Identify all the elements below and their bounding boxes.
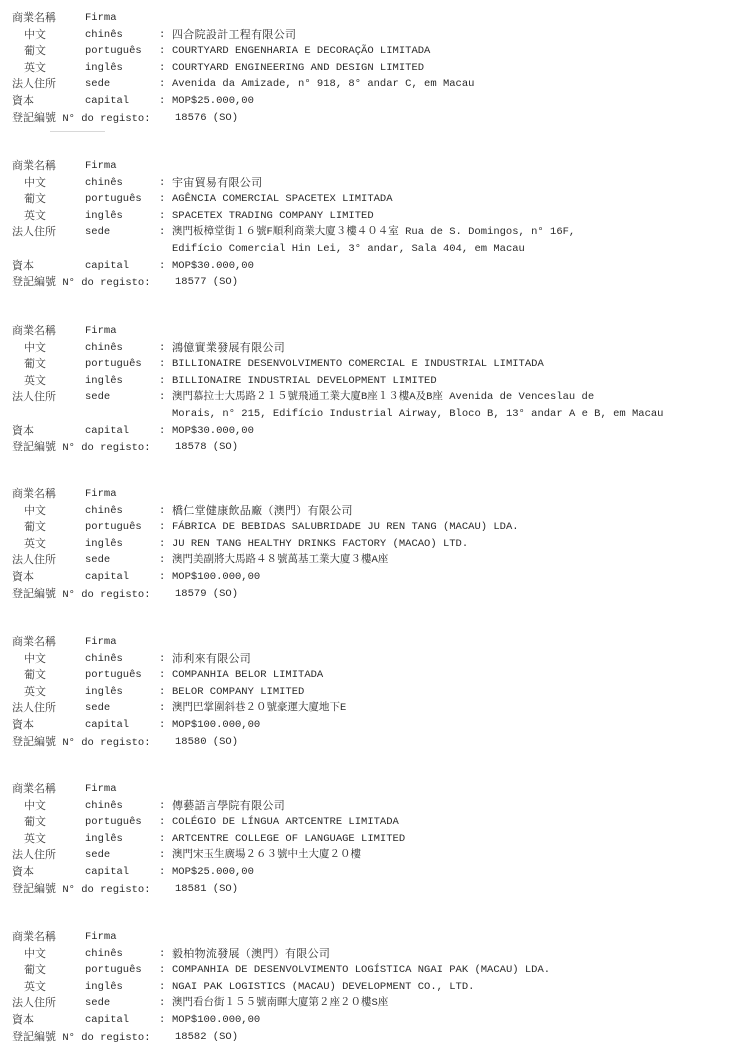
- colon: :: [159, 175, 165, 192]
- chinese-name-value: 傳藝語言學院有限公司: [172, 798, 285, 816]
- capital-label-zh: 資本: [12, 93, 34, 110]
- chinese-name-value: 宇宙貿易有限公司: [172, 175, 262, 193]
- capital-value: MOP$25.000,00: [172, 93, 254, 110]
- english-name-row: 英文 inglês : COURTYARD ENGINEERING AND DE…: [0, 60, 732, 77]
- colon: :: [159, 1012, 165, 1029]
- sede-block: 法人住所sede:澳門看台街１５５號南暉大廈第２座２０樓S座: [0, 995, 732, 1012]
- chinese-name-row: 中文 chinês : 四合院設計工程有限公司: [0, 27, 732, 44]
- registo-number: 18578 (SO): [175, 439, 238, 456]
- portuguese-name-row: 葡文 português : COLÉGIO DE LÍNGUA ARTCENT…: [0, 814, 732, 831]
- capital-label-pt: capital: [85, 569, 129, 586]
- registo-number: 18579 (SO): [175, 586, 238, 603]
- firma-header-row: 商業名稱 Firma: [0, 10, 732, 27]
- capital-label-zh: 資本: [12, 569, 34, 586]
- firma-label-zh: 商業名稱: [12, 781, 56, 798]
- registo-label: 登記編號 N° do registo:: [12, 734, 151, 752]
- capital-value: MOP$30.000,00: [172, 423, 254, 440]
- registo-label: 登記編號 N° do registo:: [12, 1029, 151, 1043]
- sede-block: 法人住所sede:澳門慕拉士大馬路２１５號飛通工業大廈B座１３樓A及B座 Ave…: [0, 389, 732, 422]
- english-name-value: BELOR COMPANY LIMITED: [172, 684, 304, 701]
- portuguese-label-pt: português: [85, 814, 142, 831]
- capital-row: 資本 capital : MOP$25.000,00: [0, 864, 732, 881]
- english-label-pt: inglês: [85, 536, 123, 553]
- company-entry: 商業名稱 Firma 中文 chinês : 宇宙貿易有限公司 葡文 portu…: [0, 158, 732, 291]
- colon: :: [159, 258, 165, 275]
- firma-label-pt: Firma: [85, 929, 117, 946]
- chinese-label-pt: chinês: [85, 340, 123, 357]
- english-label-zh: 英文: [24, 684, 46, 701]
- capital-row: 資本 capital : MOP$30.000,00: [0, 258, 732, 275]
- sede-label-pt: sede: [85, 224, 110, 241]
- sede-row: 法人住所sede:澳門慕拉士大馬路２１５號飛通工業大廈B座１３樓A及B座 Ave…: [0, 389, 732, 406]
- chinese-label-zh: 中文: [24, 503, 46, 520]
- chinese-name-value: 沛利來有限公司: [172, 651, 251, 669]
- capital-label-pt: capital: [85, 864, 129, 881]
- firma-header-row: 商業名稱 Firma: [0, 929, 732, 946]
- capital-label-zh: 資本: [12, 258, 34, 275]
- sede-label-zh: 法人住所: [12, 224, 56, 241]
- english-label-pt: inglês: [85, 684, 123, 701]
- colon: :: [159, 224, 165, 241]
- sede-label-pt: sede: [85, 847, 110, 864]
- sede-label-zh: 法人住所: [12, 76, 56, 93]
- registo-number: 18580 (SO): [175, 734, 238, 751]
- english-label-zh: 英文: [24, 60, 46, 77]
- english-name-row: 英文 inglês : BELOR COMPANY LIMITED: [0, 684, 732, 701]
- capital-label-pt: capital: [85, 717, 129, 734]
- colon: :: [159, 536, 165, 553]
- capital-value: MOP$25.000,00: [172, 864, 254, 881]
- colon: :: [159, 76, 165, 93]
- company-entry: 商業名稱 Firma 中文 chinês : 沛利來有限公司 葡文 portug…: [0, 634, 732, 750]
- sede-label-zh: 法人住所: [12, 389, 56, 406]
- sede-row: 法人住所sede:澳門美副將大馬路４８號萬基工業大廈３樓A座: [0, 552, 732, 569]
- sede-continuation-row: Morais, n° 215, Edifício Industrial Airw…: [0, 406, 732, 423]
- colon: :: [159, 979, 165, 996]
- chinese-name-row: 中文 chinês : 宇宙貿易有限公司: [0, 175, 732, 192]
- firma-header-row: 商業名稱 Firma: [0, 158, 732, 175]
- colon: :: [159, 503, 165, 520]
- capital-value: MOP$100.000,00: [172, 717, 260, 734]
- colon: :: [159, 667, 165, 684]
- firma-label-zh: 商業名稱: [12, 486, 56, 503]
- portuguese-label-pt: português: [85, 356, 142, 373]
- sede-block: 法人住所sede:澳門美副將大馬路４８號萬基工業大廈３樓A座: [0, 552, 732, 569]
- company-entry: 商業名稱 Firma 中文 chinês : 四合院設計工程有限公司 葡文 po…: [0, 10, 732, 126]
- capital-label-zh: 資本: [12, 1012, 34, 1029]
- company-entry: 商業名稱 Firma 中文 chinês : 毅柏物流發展（澳門）有限公司 葡文…: [0, 929, 732, 1043]
- colon: :: [159, 340, 165, 357]
- colon: :: [159, 569, 165, 586]
- sede-label-zh: 法人住所: [12, 847, 56, 864]
- chinese-name-value: 毅柏物流發展（澳門）有限公司: [172, 946, 330, 964]
- sede-label-pt: sede: [85, 995, 110, 1012]
- sede-value: Avenida da Amizade, n° 918, 8° andar C, …: [172, 76, 474, 93]
- colon: :: [159, 700, 165, 717]
- english-label-zh: 英文: [24, 536, 46, 553]
- colon: :: [159, 717, 165, 734]
- registo-number: 18577 (SO): [175, 274, 238, 291]
- colon: :: [159, 962, 165, 979]
- chinese-label-pt: chinês: [85, 946, 123, 963]
- sede-value: 澳門看台街１５５號南暉大廈第２座２０樓S座: [172, 995, 388, 1012]
- colon: :: [159, 356, 165, 373]
- registo-row: 登記編號 N° do registo: 18578 (SO): [0, 439, 732, 456]
- capital-value: MOP$100.000,00: [172, 569, 260, 586]
- firma-header-row: 商業名稱 Firma: [0, 486, 732, 503]
- english-name-row: 英文 inglês : SPACETEX TRADING COMPANY LIM…: [0, 208, 732, 225]
- chinese-label-pt: chinês: [85, 175, 123, 192]
- capital-row: 資本 capital : MOP$25.000,00: [0, 93, 732, 110]
- colon: :: [159, 798, 165, 815]
- registo-label: 登記編號 N° do registo:: [12, 881, 151, 899]
- portuguese-name-value: COMPANHIA BELOR LIMITADA: [172, 667, 323, 684]
- portuguese-name-value: COURTYARD ENGENHARIA E DECORAÇÃO LIMITAD…: [172, 43, 430, 60]
- english-name-row: 英文 inglês : NGAI PAK LOGISTICS (MACAU) D…: [0, 979, 732, 996]
- sede-label-zh: 法人住所: [12, 700, 56, 717]
- portuguese-name-value: COLÉGIO DE LÍNGUA ARTCENTRE LIMITADA: [172, 814, 399, 831]
- portuguese-name-row: 葡文 português : BILLIONAIRE DESENVOLVIMEN…: [0, 356, 732, 373]
- sede-label-pt: sede: [85, 700, 110, 717]
- chinese-label-pt: chinês: [85, 798, 123, 815]
- colon: :: [159, 43, 165, 60]
- firma-label-pt: Firma: [85, 634, 117, 651]
- sede-value: 澳門宋玉生廣場２６３號中土大廈２０樓: [172, 847, 361, 864]
- sede-block: 法人住所sede:Avenida da Amizade, n° 918, 8° …: [0, 76, 732, 93]
- sede-value: 澳門美副將大馬路４８號萬基工業大廈３樓A座: [172, 552, 388, 569]
- chinese-label-zh: 中文: [24, 27, 46, 44]
- english-name-value: COURTYARD ENGINEERING AND DESIGN LIMITED: [172, 60, 424, 77]
- sede-label-pt: sede: [85, 389, 110, 406]
- colon: :: [159, 995, 165, 1012]
- portuguese-label-zh: 葡文: [24, 814, 46, 831]
- colon: :: [159, 814, 165, 831]
- portuguese-label-pt: português: [85, 43, 142, 60]
- company-entry: 商業名稱 Firma 中文 chinês : 橋仁堂健康飲品廠（澳門）有限公司 …: [0, 486, 732, 602]
- chinese-name-value: 橋仁堂健康飲品廠（澳門）有限公司: [172, 503, 353, 521]
- firma-label-pt: Firma: [85, 486, 117, 503]
- registo-row: 登記編號 N° do registo: 18576 (SO): [0, 110, 732, 127]
- chinese-label-zh: 中文: [24, 175, 46, 192]
- colon: :: [159, 208, 165, 225]
- capital-value: MOP$30.000,00: [172, 258, 254, 275]
- chinese-label-pt: chinês: [85, 503, 123, 520]
- portuguese-label-pt: português: [85, 519, 142, 536]
- company-entry: 商業名稱 Firma 中文 chinês : 傳藝語言學院有限公司 葡文 por…: [0, 781, 732, 897]
- sede-value-continued: Edifício Comercial Hin Lei, 3° andar, Sa…: [172, 241, 525, 258]
- sede-block: 法人住所sede:澳門巴掌圍斜巷２０號豪運大廈地下E: [0, 700, 732, 717]
- capital-label-pt: capital: [85, 258, 129, 275]
- registo-row: 登記編號 N° do registo: 18582 (SO): [0, 1029, 732, 1043]
- english-name-row: 英文 inglês : JU REN TANG HEALTHY DRINKS F…: [0, 536, 732, 553]
- portuguese-name-value: AGÊNCIA COMERCIAL SPACETEX LIMITADA: [172, 191, 393, 208]
- sede-continuation-row: Edifício Comercial Hin Lei, 3° andar, Sa…: [0, 241, 732, 258]
- sede-value: 澳門板樟堂街１６號F順利商業大廈３樓４０４室 Rua de S. Domingo…: [172, 224, 575, 241]
- portuguese-name-row: 葡文 português : AGÊNCIA COMERCIAL SPACETE…: [0, 191, 732, 208]
- firma-label-zh: 商業名稱: [12, 634, 56, 651]
- sede-value: 澳門慕拉士大馬路２１５號飛通工業大廈B座１３樓A及B座 Avenida de V…: [172, 389, 594, 406]
- sede-block: 法人住所sede:澳門宋玉生廣場２６３號中土大廈２０樓: [0, 847, 732, 864]
- firma-label-pt: Firma: [85, 323, 117, 340]
- english-label-pt: inglês: [85, 208, 123, 225]
- colon: :: [159, 93, 165, 110]
- english-name-value: NGAI PAK LOGISTICS (MACAU) DEVELOPMENT C…: [172, 979, 474, 996]
- capital-row: 資本 capital : MOP$100.000,00: [0, 569, 732, 586]
- capital-label-zh: 資本: [12, 864, 34, 881]
- portuguese-name-row: 葡文 português : FÁBRICA DE BEBIDAS SALUBR…: [0, 519, 732, 536]
- colon: :: [159, 423, 165, 440]
- capital-row: 資本 capital : MOP$100.000,00: [0, 717, 732, 734]
- portuguese-name-row: 葡文 português : COMPANHIA DE DESENVOLVIME…: [0, 962, 732, 979]
- colon: :: [159, 373, 165, 390]
- colon: :: [159, 191, 165, 208]
- english-name-value: ARTCENTRE COLLEGE OF LANGUAGE LIMITED: [172, 831, 405, 848]
- sede-row: 法人住所sede:澳門巴掌圍斜巷２０號豪運大廈地下E: [0, 700, 732, 717]
- colon: :: [159, 519, 165, 536]
- registo-number: 18581 (SO): [175, 881, 238, 898]
- firma-label-pt: Firma: [85, 158, 117, 175]
- sede-row: 法人住所sede:澳門宋玉生廣場２６３號中土大廈２０樓: [0, 847, 732, 864]
- english-label-pt: inglês: [85, 979, 123, 996]
- registo-row: 登記編號 N° do registo: 18579 (SO): [0, 586, 732, 603]
- portuguese-label-pt: português: [85, 962, 142, 979]
- chinese-label-zh: 中文: [24, 798, 46, 815]
- chinese-name-row: 中文 chinês : 沛利來有限公司: [0, 651, 732, 668]
- colon: :: [159, 389, 165, 406]
- chinese-label-zh: 中文: [24, 651, 46, 668]
- portuguese-label-zh: 葡文: [24, 43, 46, 60]
- firma-label-zh: 商業名稱: [12, 158, 56, 175]
- firma-label-pt: Firma: [85, 781, 117, 798]
- registo-label: 登記編號 N° do registo:: [12, 274, 151, 292]
- capital-label-pt: capital: [85, 423, 129, 440]
- sede-label-zh: 法人住所: [12, 552, 56, 569]
- portuguese-label-zh: 葡文: [24, 667, 46, 684]
- portuguese-label-zh: 葡文: [24, 519, 46, 536]
- chinese-name-row: 中文 chinês : 橋仁堂健康飲品廠（澳門）有限公司: [0, 503, 732, 520]
- chinese-name-value: 四合院設計工程有限公司: [172, 27, 296, 45]
- capital-label-pt: capital: [85, 93, 129, 110]
- colon: :: [159, 27, 165, 44]
- capital-label-pt: capital: [85, 1012, 129, 1029]
- colon: :: [159, 651, 165, 668]
- colon: :: [159, 847, 165, 864]
- capital-label-zh: 資本: [12, 717, 34, 734]
- sede-row: 法人住所sede:澳門板樟堂街１６號F順利商業大廈３樓４０４室 Rua de S…: [0, 224, 732, 241]
- capital-label-zh: 資本: [12, 423, 34, 440]
- chinese-label-zh: 中文: [24, 340, 46, 357]
- chinese-name-row: 中文 chinês : 毅柏物流發展（澳門）有限公司: [0, 946, 732, 963]
- english-name-row: 英文 inglês : ARTCENTRE COLLEGE OF LANGUAG…: [0, 831, 732, 848]
- registo-label: 登記編號 N° do registo:: [12, 439, 151, 457]
- sede-label-zh: 法人住所: [12, 995, 56, 1012]
- sede-row: 法人住所sede:Avenida da Amizade, n° 918, 8° …: [0, 76, 732, 93]
- chinese-label-zh: 中文: [24, 946, 46, 963]
- chinese-label-pt: chinês: [85, 651, 123, 668]
- portuguese-label-zh: 葡文: [24, 191, 46, 208]
- registo-label: 登記編號 N° do registo:: [12, 586, 151, 604]
- portuguese-label-pt: português: [85, 667, 142, 684]
- firma-label-zh: 商業名稱: [12, 929, 56, 946]
- colon: :: [159, 864, 165, 881]
- firma-label-zh: 商業名稱: [12, 323, 56, 340]
- english-label-pt: inglês: [85, 60, 123, 77]
- portuguese-name-row: 葡文 português : COURTYARD ENGENHARIA E DE…: [0, 43, 732, 60]
- sede-row: 法人住所sede:澳門看台街１５５號南暉大廈第２座２０樓S座: [0, 995, 732, 1012]
- english-label-zh: 英文: [24, 208, 46, 225]
- capital-value: MOP$100.000,00: [172, 1012, 260, 1029]
- registo-label: 登記編號 N° do registo:: [12, 110, 151, 128]
- portuguese-label-zh: 葡文: [24, 962, 46, 979]
- registo-number: 18576 (SO): [175, 110, 238, 127]
- registo-row: 登記編號 N° do registo: 18580 (SO): [0, 734, 732, 751]
- english-label-zh: 英文: [24, 831, 46, 848]
- firma-label-zh: 商業名稱: [12, 10, 56, 27]
- english-name-value: BILLIONAIRE INDUSTRIAL DEVELOPMENT LIMIT…: [172, 373, 437, 390]
- english-label-zh: 英文: [24, 373, 46, 390]
- scan-artifact: [50, 131, 105, 132]
- registo-row: 登記編號 N° do registo: 18581 (SO): [0, 881, 732, 898]
- chinese-label-pt: chinês: [85, 27, 123, 44]
- sede-label-pt: sede: [85, 552, 110, 569]
- firma-header-row: 商業名稱 Firma: [0, 323, 732, 340]
- registo-row: 登記編號 N° do registo: 18577 (SO): [0, 274, 732, 291]
- colon: :: [159, 552, 165, 569]
- sede-value: 澳門巴掌圍斜巷２０號豪運大廈地下E: [172, 700, 346, 717]
- firma-header-row: 商業名稱 Firma: [0, 781, 732, 798]
- english-label-pt: inglês: [85, 831, 123, 848]
- portuguese-name-value: BILLIONAIRE DESENVOLVIMENTO COMERCIAL E …: [172, 356, 544, 373]
- colon: :: [159, 60, 165, 77]
- english-name-row: 英文 inglês : BILLIONAIRE INDUSTRIAL DEVEL…: [0, 373, 732, 390]
- sede-block: 法人住所sede:澳門板樟堂街１６號F順利商業大廈３樓４０４室 Rua de S…: [0, 224, 732, 257]
- capital-row: 資本 capital : MOP$30.000,00: [0, 423, 732, 440]
- firma-label-pt: Firma: [85, 10, 117, 27]
- english-label-pt: inglês: [85, 373, 123, 390]
- company-entry: 商業名稱 Firma 中文 chinês : 鴻億實業發展有限公司 葡文 por…: [0, 323, 732, 456]
- firma-header-row: 商業名稱 Firma: [0, 634, 732, 651]
- sede-value-continued: Morais, n° 215, Edifício Industrial Airw…: [172, 406, 663, 423]
- registo-number: 18582 (SO): [175, 1029, 238, 1043]
- capital-row: 資本 capital : MOP$100.000,00: [0, 1012, 732, 1029]
- english-name-value: SPACETEX TRADING COMPANY LIMITED: [172, 208, 374, 225]
- portuguese-label-pt: português: [85, 191, 142, 208]
- english-name-value: JU REN TANG HEALTHY DRINKS FACTORY (MACA…: [172, 536, 468, 553]
- colon: :: [159, 684, 165, 701]
- english-label-zh: 英文: [24, 979, 46, 996]
- portuguese-name-row: 葡文 português : COMPANHIA BELOR LIMITADA: [0, 667, 732, 684]
- chinese-name-row: 中文 chinês : 傳藝語言學院有限公司: [0, 798, 732, 815]
- portuguese-name-value: COMPANHIA DE DESENVOLVIMENTO LOGÍSTICA N…: [172, 962, 550, 979]
- portuguese-name-value: FÁBRICA DE BEBIDAS SALUBRIDADE JU REN TA…: [172, 519, 519, 536]
- chinese-name-value: 鴻億實業發展有限公司: [172, 340, 285, 358]
- chinese-name-row: 中文 chinês : 鴻億實業發展有限公司: [0, 340, 732, 357]
- colon: :: [159, 831, 165, 848]
- portuguese-label-zh: 葡文: [24, 356, 46, 373]
- colon: :: [159, 946, 165, 963]
- sede-label-pt: sede: [85, 76, 110, 93]
